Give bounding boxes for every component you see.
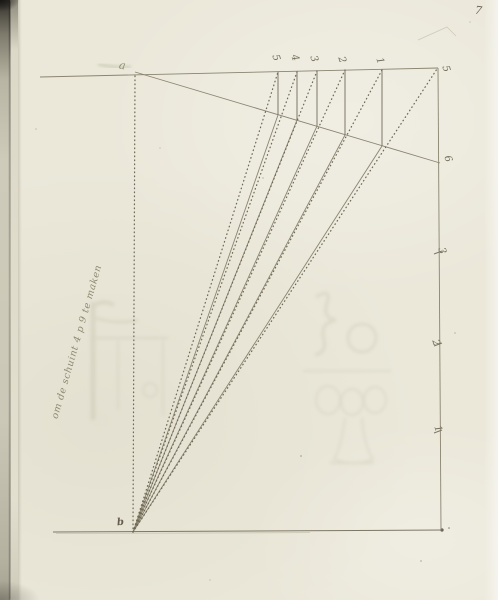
dark-corner-top-left bbox=[0, 0, 26, 18]
ink-line bbox=[135, 72, 440, 163]
dotted-construction-line bbox=[133, 70, 345, 532]
shadow-corner-bottom-left bbox=[0, 574, 50, 600]
ink-line bbox=[133, 146, 382, 532]
ink-line bbox=[133, 126, 317, 532]
ink-line bbox=[133, 115, 278, 532]
sketchbook-page-photo: 7 a b 5 4 3 2 1 5 6 3 2 1 om de schuint … bbox=[0, 0, 498, 600]
perspective-drawing bbox=[0, 0, 498, 600]
point-label-b: b bbox=[116, 517, 124, 529]
ink-line bbox=[40, 68, 438, 77]
ink-speck bbox=[448, 527, 450, 529]
under-page-edge bbox=[11, 0, 18, 600]
ink-line bbox=[438, 68, 441, 530]
dotted-construction-line bbox=[133, 72, 297, 532]
ink-line bbox=[56, 533, 310, 534]
dotted-construction-line bbox=[133, 69, 437, 532]
page-edge-highlight bbox=[484, 0, 498, 600]
page-crease bbox=[18, 0, 22, 600]
ink-line bbox=[53, 530, 443, 532]
dotted-construction-line bbox=[133, 76, 135, 530]
